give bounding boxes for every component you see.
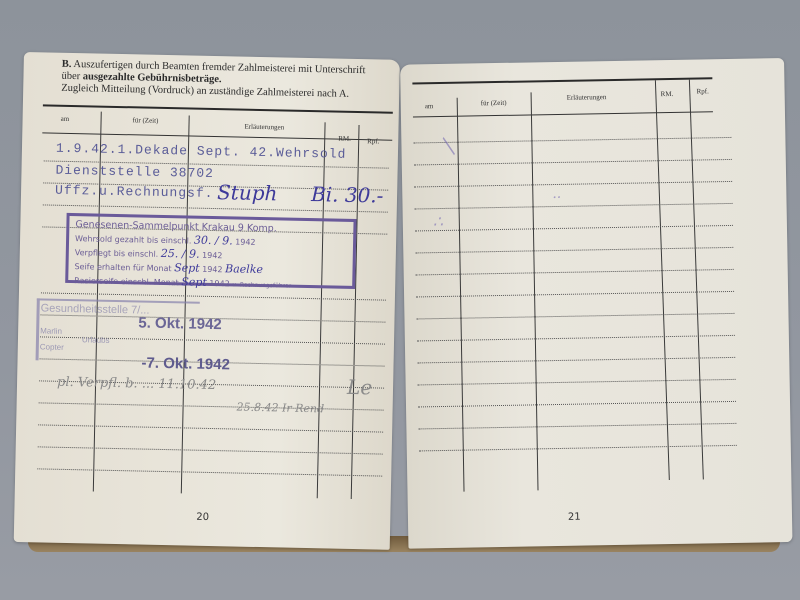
date-stamp-7-okt: -7. Okt. 1942 xyxy=(141,355,230,374)
instructions-line-3: Zugleich Mitteilung (Vordruck) an zustän… xyxy=(61,83,349,100)
entry-line xyxy=(417,357,735,364)
instructions-line-2-prefix: über xyxy=(61,71,83,82)
faded-stamp-urlaub: Urlaubs xyxy=(82,335,110,345)
typed-entry-3: Uffz.u.Rechnungsf. xyxy=(55,183,214,201)
entry-line xyxy=(415,225,733,232)
faded-stamp-line-2: Marlin xyxy=(40,326,62,335)
entry-line xyxy=(417,335,735,342)
ink-bleed-mark-2: ∴ xyxy=(433,212,444,231)
right-page: am für (Zeit) Erläuterungen RM. Rpf. / ∴… xyxy=(400,58,792,549)
handwritten-amount: Bi. 30.- xyxy=(311,182,384,208)
entry-line xyxy=(419,445,737,452)
entry-line xyxy=(416,313,734,320)
form-instructions: B. Auszufertigen durch Beamten fremder Z… xyxy=(61,59,392,102)
col-divider-3 xyxy=(655,80,670,480)
header-rule-top xyxy=(412,77,712,84)
pencil-note-1: pl. Verpfl. b. ... 11.10.42 xyxy=(57,375,216,393)
col-header-fuer-zeit: für (Zeit) xyxy=(133,116,159,125)
entry-line xyxy=(416,291,734,298)
pencil-initials: Le xyxy=(347,375,373,400)
handwritten-signature: Stuph xyxy=(217,180,278,205)
ink-bleed-mark-3: ·· xyxy=(552,190,561,206)
date-stamp-5-okt: 5. Okt. 1942 xyxy=(138,314,222,333)
left-page: B. Auszufertigen durch Beamten fremder Z… xyxy=(14,52,400,550)
col-header-am: am xyxy=(425,102,434,110)
col-divider-2 xyxy=(531,92,539,490)
page-number-left: 20 xyxy=(196,512,209,523)
entry-line xyxy=(416,269,734,276)
faded-stamp-line-3: Copter xyxy=(40,342,64,352)
entry-line xyxy=(39,402,384,410)
col-divider-4 xyxy=(351,125,360,499)
pay-stamp: Genesenen-Sammelpunkt Krakau 9 Komp. Weh… xyxy=(65,213,356,289)
col-header-am: am xyxy=(61,115,70,123)
entry-line xyxy=(414,159,732,166)
col-header-fuer-zeit: für (Zeit) xyxy=(481,99,507,107)
section-marker: B. xyxy=(62,59,72,70)
entry-line xyxy=(418,401,736,408)
page-number-right: 21 xyxy=(568,512,581,523)
col-divider-3 xyxy=(317,122,326,498)
entry-line xyxy=(38,446,383,454)
header-rule-top xyxy=(43,104,393,113)
entry-line xyxy=(415,203,733,210)
col-header-erlaeuterungen: Erläuterungen xyxy=(567,93,607,102)
entry-line xyxy=(418,423,736,430)
col-header-rpf: Rpf. xyxy=(697,87,709,95)
faded-stamp-line-1: Gesundheitsstelle 7/... xyxy=(41,302,150,316)
entry-line xyxy=(38,424,383,432)
entry-line xyxy=(37,468,382,476)
entry-line xyxy=(414,181,732,188)
pencil-note-2: 25.8.42 Ir Rend xyxy=(236,401,324,416)
entry-line xyxy=(413,137,731,144)
col-header-rpf: Rpf. xyxy=(367,137,379,145)
col-header-erlaeuterungen: Erläuterungen xyxy=(244,123,284,132)
entry-line xyxy=(418,379,736,386)
col-header-rm: RM. xyxy=(338,135,351,143)
typed-entry-2: Dienststelle 38702 xyxy=(55,163,214,181)
col-header-rm: RM. xyxy=(661,90,674,98)
entry-line xyxy=(415,247,733,254)
col-divider-4 xyxy=(689,80,704,480)
